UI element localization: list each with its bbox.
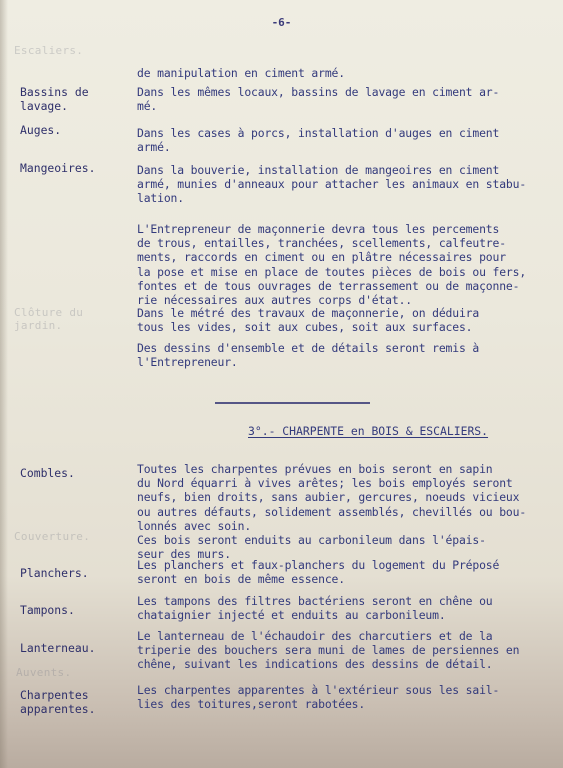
margin-label-tampons: Tampons. [20, 603, 130, 617]
bleed-through-text: Escaliers. [14, 44, 83, 57]
paragraph-entrepreneur-obligations: L'Entrepreneur de maçonnerie devra tous … [137, 222, 552, 307]
paragraph-bassins: Dans les mêmes locaux, bassins de lavage… [137, 85, 552, 113]
paragraph-lanterneau: Le lanterneau de l'échaudoir des charcut… [137, 629, 552, 672]
paragraph-planchers: Les planchers et faux-planchers du logem… [137, 558, 552, 586]
paragraph-mangeoires: Dans la bouverie, installation de mangeo… [137, 163, 552, 206]
page-edge-shadow [0, 0, 8, 768]
continued-paragraph: de manipulation en ciment armé. [137, 66, 552, 80]
margin-label-mangeoires: Mangeoires. [20, 161, 130, 175]
page-number: -6- [0, 16, 563, 29]
paragraph-metre: Dans le métré des travaux de maçonnerie,… [137, 306, 552, 334]
section-divider [215, 402, 370, 404]
document-page: Escaliers. Clôture du jardin. Couverture… [0, 0, 563, 768]
bleed-through-text: Couverture. [14, 530, 90, 543]
margin-label-lanterneau: Lanterneau. [20, 641, 130, 655]
bleed-through-text: Auvents. [16, 666, 71, 679]
bleed-through-text: Clôture du jardin. [14, 306, 83, 332]
paragraph-charpentes-apparentes: Les charpentes apparentes à l'extérieur … [137, 683, 552, 711]
paragraph-auges: Dans les cases à porcs, installation d'a… [137, 126, 552, 154]
section-heading: 3°.- CHARPENTE en BOIS & ESCALIERS. [248, 424, 488, 438]
paragraph-tampons: Les tampons des filtres bactériens seron… [137, 594, 552, 622]
margin-label-planchers: Planchers. [20, 566, 130, 580]
paragraph-combles: Toutes les charpentes prévues en bois se… [137, 462, 552, 561]
margin-label-combles: Combles. [20, 466, 130, 480]
paragraph-dessins: Des dessins d'ensemble et de détails ser… [137, 341, 552, 369]
margin-label-auges: Auges. [20, 123, 130, 137]
margin-label-bassins: Bassins de lavage. [20, 85, 130, 113]
margin-label-charpentes-apparentes: Charpentes apparentes. [20, 688, 130, 716]
